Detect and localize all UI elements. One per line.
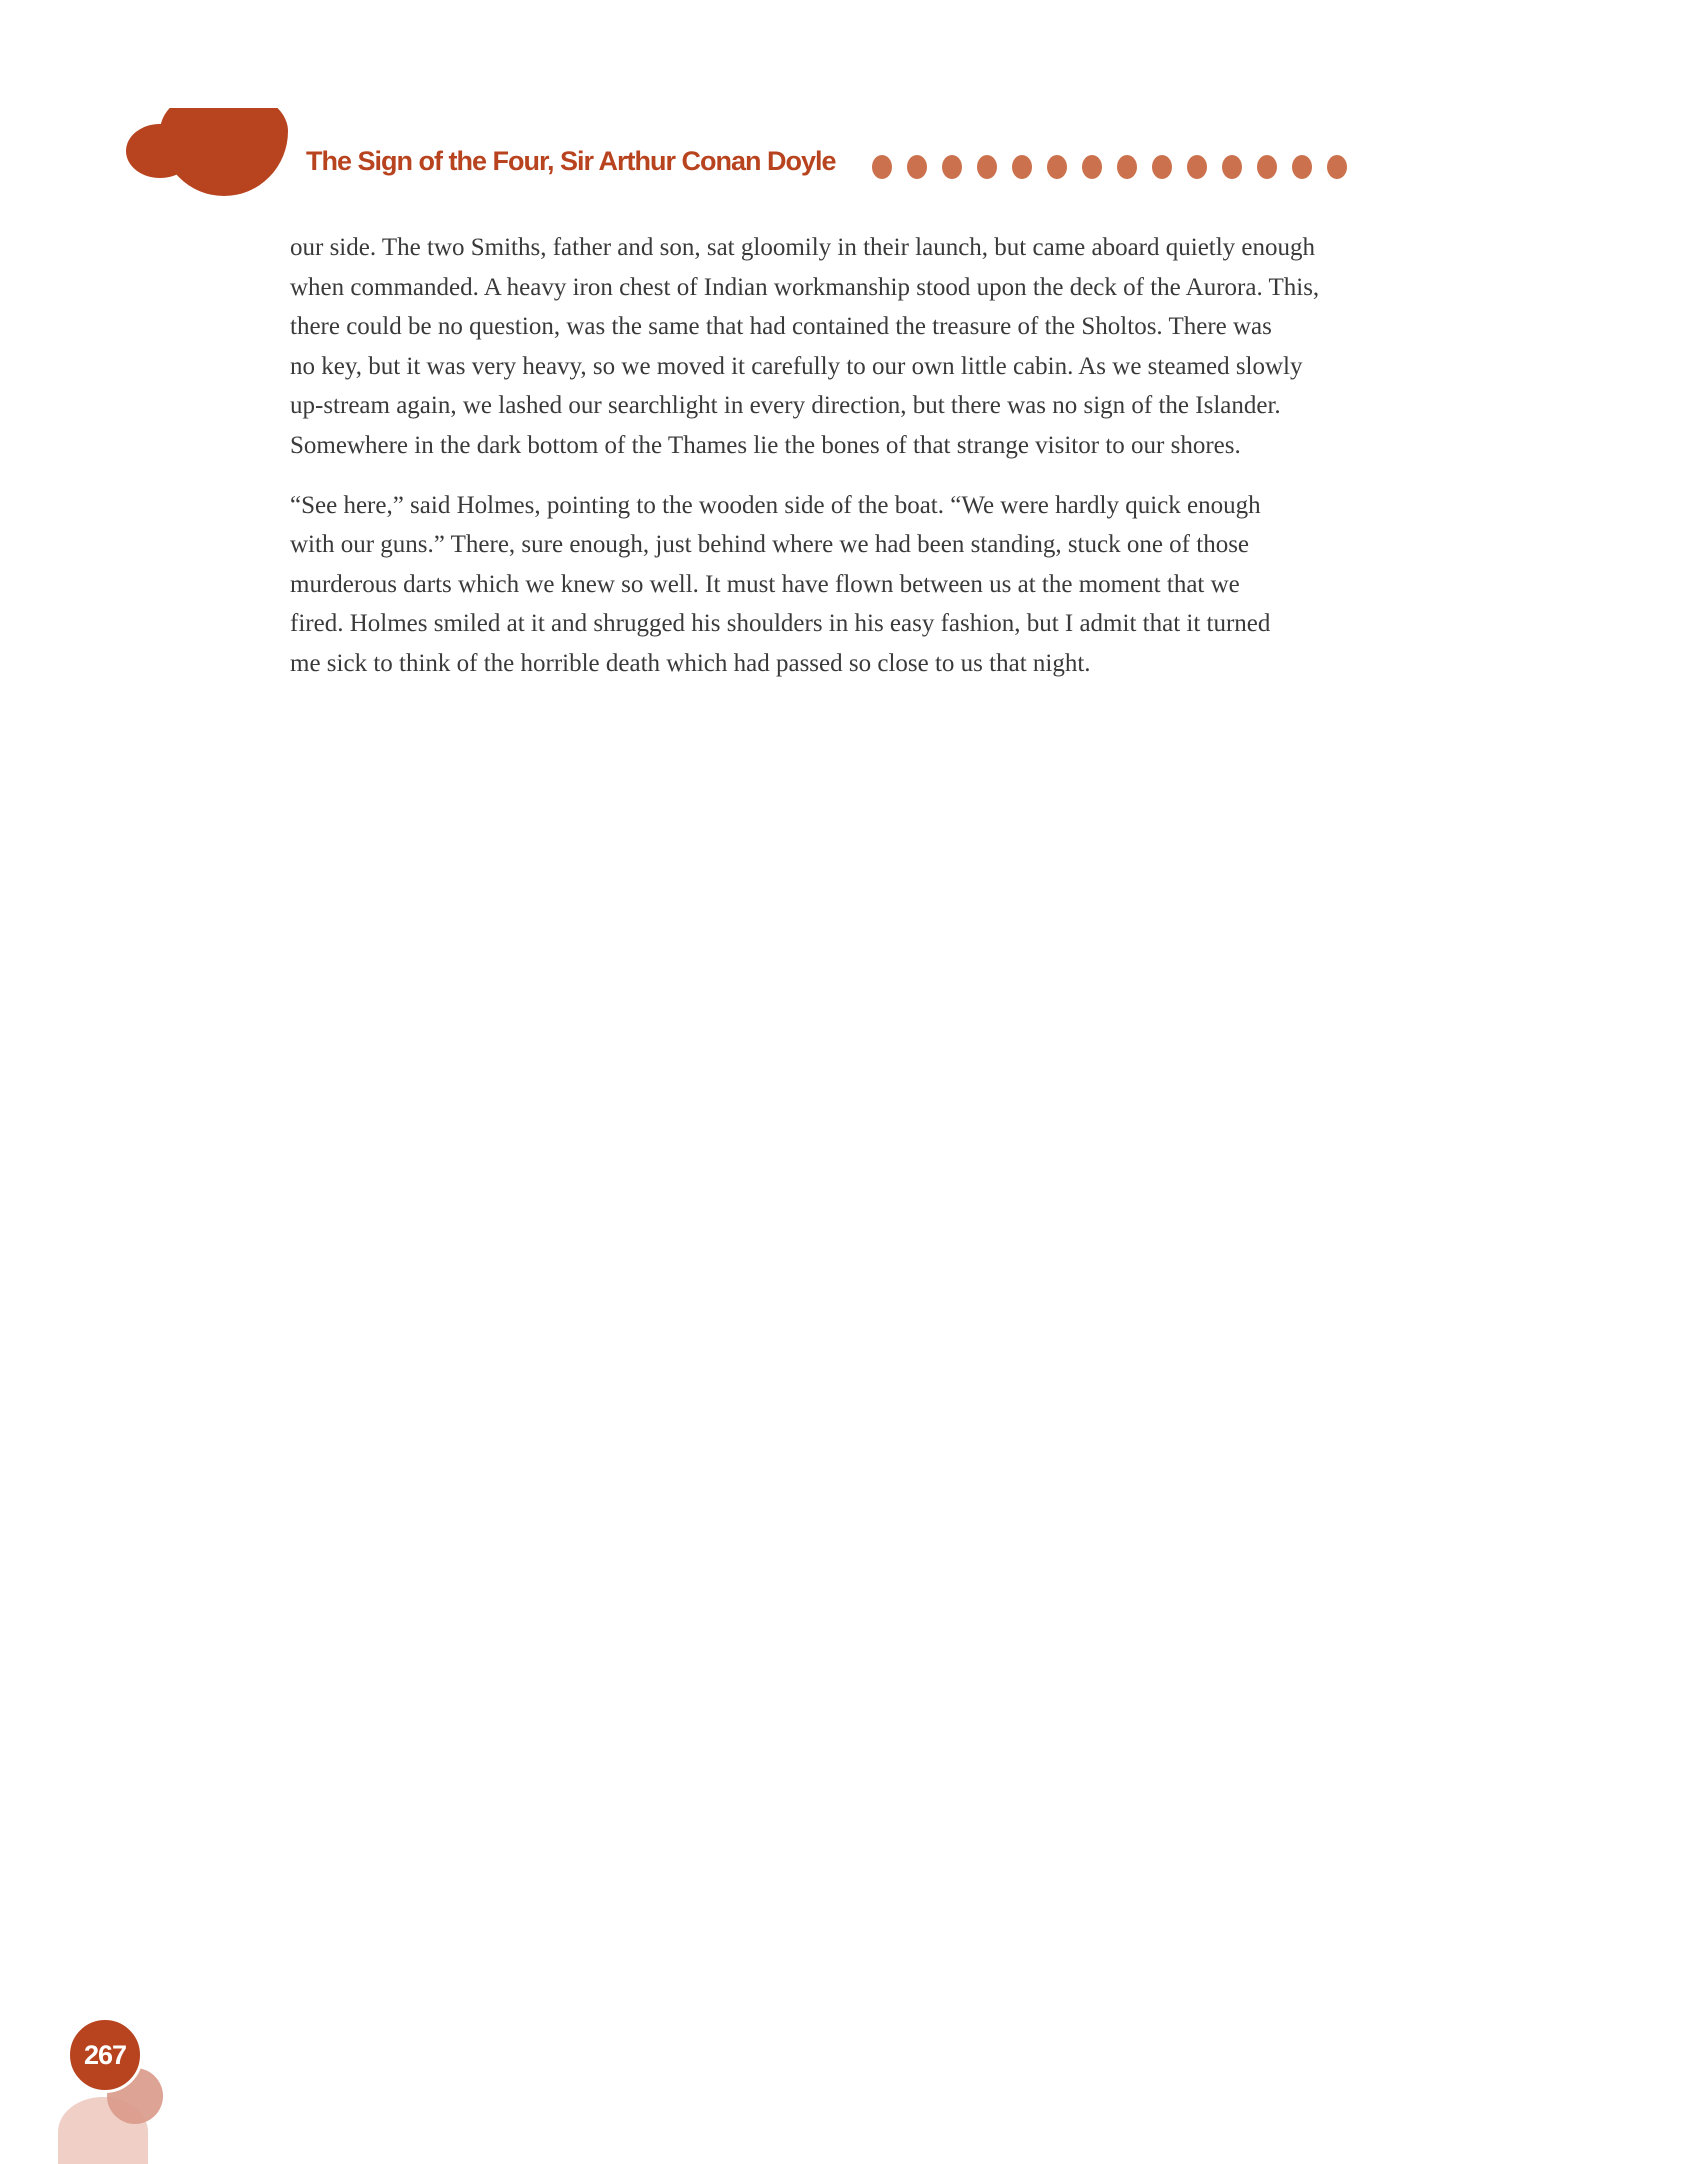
paragraph-2: “See here,” said Holmes, pointing to the…: [290, 486, 1530, 684]
decorative-dot: [942, 155, 962, 179]
decorative-dot: [1012, 155, 1032, 179]
decorative-dot: [1117, 155, 1137, 179]
decorative-dot: [1152, 155, 1172, 179]
page-number: 267: [67, 2017, 143, 2093]
decorative-dot: [1082, 155, 1102, 179]
text-line: when commanded. A heavy iron chest of In…: [290, 268, 1530, 308]
decorative-dot: [872, 155, 892, 179]
running-header-title: The Sign of the Four, Sir Arthur Conan D…: [306, 146, 836, 177]
decorative-dot: [1222, 155, 1242, 179]
logo-crop-mask: [168, 88, 280, 108]
text-line: murderous darts which we knew so well. I…: [290, 565, 1530, 605]
text-line: with our guns.” There, sure enough, just…: [290, 525, 1530, 565]
decorative-dot: [1327, 155, 1347, 179]
decorative-dot: [1187, 155, 1207, 179]
text-line: me sick to think of the horrible death w…: [290, 644, 1530, 684]
text-line: no key, but it was very heavy, so we mov…: [290, 347, 1530, 387]
decorative-dot: [1257, 155, 1277, 179]
body-text: our side. The two Smiths, father and son…: [290, 228, 1530, 704]
text-line: “See here,” said Holmes, pointing to the…: [290, 486, 1530, 526]
decorative-dot: [907, 155, 927, 179]
header-dot-row: [872, 155, 1362, 179]
text-line: fired. Holmes smiled at it and shrugged …: [290, 604, 1530, 644]
text-line: up-stream again, we lashed our searchlig…: [290, 386, 1530, 426]
decorative-dot: [1047, 155, 1067, 179]
decorative-dot: [1292, 155, 1312, 179]
text-line: there could be no question, was the same…: [290, 307, 1530, 347]
paragraph-1: our side. The two Smiths, father and son…: [290, 228, 1530, 466]
text-line: Somewhere in the dark bottom of the Tham…: [290, 426, 1530, 466]
decorative-dot: [977, 155, 997, 179]
text-line: our side. The two Smiths, father and son…: [290, 228, 1530, 268]
